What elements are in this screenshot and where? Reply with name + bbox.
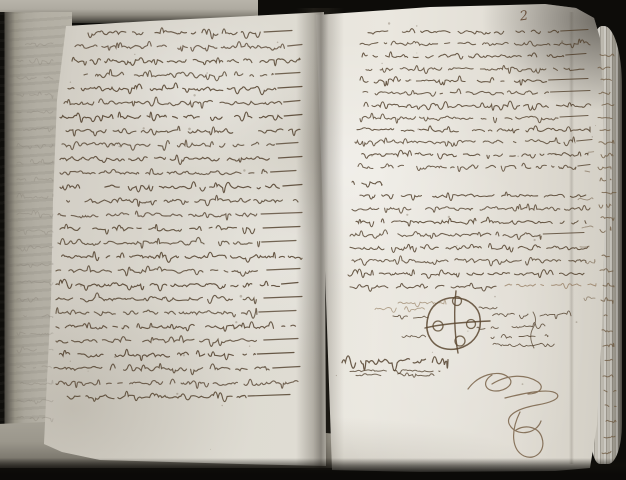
handwriting-left-page [54, 28, 302, 402]
handwriting-right-page [348, 29, 596, 292]
signature-flourishes [342, 356, 558, 457]
notary-seal-drawing [425, 291, 490, 353]
manuscript-scan: 2 [0, 0, 626, 480]
ink-overlay [0, 0, 626, 480]
page-edge-ink-marks [578, 54, 616, 454]
page-number: 2 [512, 7, 536, 28]
ghost-text-bleedthrough [17, 43, 53, 422]
